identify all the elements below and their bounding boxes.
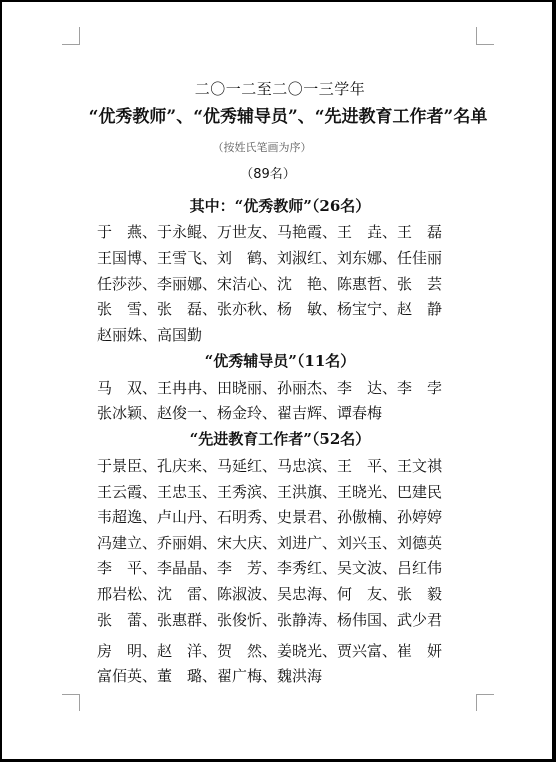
name-char: 崔 — [397, 644, 412, 659]
name-char: 艳 — [307, 277, 322, 292]
separator: 、 — [262, 561, 277, 576]
name-char: 莎 — [112, 277, 127, 292]
name-char: 冉 — [187, 381, 202, 396]
name-char: 邢 — [97, 587, 112, 602]
name-char: 敏 — [307, 302, 322, 317]
name-char: 杨 — [277, 302, 292, 317]
name-char: 婷 — [412, 510, 427, 525]
name-char: 陈 — [217, 587, 232, 602]
name-char: 婷 — [427, 510, 442, 525]
name-char — [412, 225, 427, 240]
name-char: 洪 — [292, 669, 307, 684]
name-char: 晓 — [232, 381, 247, 396]
name-char: 淑 — [232, 587, 247, 602]
name-row: 邢岩松、沈 雷、陈淑波、吴忠海、何 友、张 毅 — [97, 587, 442, 602]
name-char: 一 — [187, 406, 202, 421]
name-char: 惠 — [172, 613, 187, 628]
name-char: 芸 — [427, 277, 442, 292]
name-char: 杨 — [217, 406, 232, 421]
name-row: 张冰颖、赵俊一、杨金玲、翟吉辉、谭春梅 — [97, 406, 442, 421]
name-char: 梅 — [367, 406, 382, 421]
name-char — [232, 251, 247, 266]
name-char: 娜 — [367, 251, 382, 266]
name-char — [112, 613, 127, 628]
name-char: 王 — [157, 485, 172, 500]
separator: 、 — [142, 669, 157, 684]
name-char: 妍 — [427, 644, 442, 659]
name-char — [112, 644, 127, 659]
name-char: 任 — [397, 251, 412, 266]
separator: 、 — [322, 510, 337, 525]
corner-mark-top-left-horizontal — [62, 44, 80, 45]
name-char — [412, 277, 427, 292]
name-char: 晓 — [352, 485, 367, 500]
name-char — [112, 561, 127, 576]
separator: 、 — [322, 302, 337, 317]
corner-mark-bottom-left-horizontal — [62, 694, 80, 695]
name-char: 忻 — [247, 613, 262, 628]
name-char: 静 — [292, 613, 307, 628]
name-char: 晶 — [187, 561, 202, 576]
name-char: 旗 — [307, 485, 322, 500]
name-char — [412, 587, 427, 602]
name-char: 丽 — [172, 277, 187, 292]
name-char: 秀 — [292, 561, 307, 576]
name-row: 李 平、李晶晶、李 芳、李秀红、吴文波、吕红伟 — [97, 561, 442, 576]
name-char: 燕 — [127, 225, 142, 240]
name-char: 颖 — [127, 406, 142, 421]
name-char: 沈 — [157, 587, 172, 602]
name-char: 何 — [337, 587, 352, 602]
name-char: 垚 — [367, 225, 382, 240]
name-char — [112, 302, 127, 317]
separator: 、 — [142, 381, 157, 396]
name-char: 丽 — [247, 381, 262, 396]
name-char: 高 — [157, 328, 172, 343]
separator: 、 — [202, 561, 217, 576]
name-char: 然 — [247, 644, 262, 659]
name-char: 王 — [277, 485, 292, 500]
name-row: 房 明、赵 洋、贺 然、姜晓光、贾兴富、崔 妍 — [97, 644, 442, 659]
name-char: 张 — [277, 613, 292, 628]
name-char: 万 — [217, 225, 232, 240]
name-char: 双 — [127, 381, 142, 396]
name-char: 张 — [217, 302, 232, 317]
name-char: 红 — [307, 251, 322, 266]
name-char: 丽 — [292, 381, 307, 396]
name-char: 勤 — [187, 328, 202, 343]
name-char: 建 — [112, 536, 127, 551]
separator: 、 — [382, 561, 397, 576]
name-char: 祺 — [427, 459, 442, 474]
name-char: 宁 — [367, 302, 382, 317]
name-char: 赵 — [97, 328, 112, 343]
name-char: 民 — [427, 485, 442, 500]
name-char: 陈 — [337, 277, 352, 292]
name-char — [352, 381, 367, 396]
separator: 、 — [202, 225, 217, 240]
name-char — [172, 302, 187, 317]
name-row: 韦超逸、卢山丹、石明秀、史景君、孙傲楠、孙婷婷 — [97, 510, 442, 525]
section-heading-advanced-education-workers: “先进教育工作者”（52名） — [2, 432, 556, 447]
name-row: 赵丽姝、高国勤 — [97, 328, 442, 343]
name-char: 磊 — [427, 225, 442, 240]
name-char: 忠 — [172, 485, 187, 500]
name-char: 乔 — [157, 536, 172, 551]
name-char: 松 — [127, 587, 142, 602]
name-char: 宝 — [352, 302, 367, 317]
name-char: 玉 — [187, 485, 202, 500]
name-char: 友 — [367, 587, 382, 602]
name-char: 佰 — [112, 669, 127, 684]
name-char: 张 — [97, 302, 112, 317]
name-char: 赵 — [157, 644, 172, 659]
name-row: 张 蕾、张惠群、张俊忻、张静涛、杨伟国、武少君 — [97, 613, 442, 628]
name-char: 刘 — [337, 536, 352, 551]
name-char: 张 — [217, 613, 232, 628]
name-char: 李 — [97, 561, 112, 576]
name-char: 玉 — [367, 536, 382, 551]
name-char: 雪 — [127, 302, 142, 317]
separator: 、 — [202, 485, 217, 500]
name-char: 董 — [157, 669, 172, 684]
name-char: 张 — [157, 613, 172, 628]
name-char: 赵 — [157, 406, 172, 421]
separator: 、 — [382, 277, 397, 292]
name-char: 俊 — [232, 613, 247, 628]
separator: 、 — [322, 381, 337, 396]
separator: 、 — [382, 251, 397, 266]
name-char: 杨 — [337, 613, 352, 628]
name-char: 刘 — [337, 251, 352, 266]
name-char: 达 — [367, 381, 382, 396]
name-char: 超 — [112, 510, 127, 525]
name-char: 秀 — [232, 485, 247, 500]
name-char: 惠 — [352, 277, 367, 292]
name-char: 娟 — [187, 536, 202, 551]
name-char: 佳 — [412, 251, 427, 266]
name-char: 卢 — [157, 510, 172, 525]
separator: 、 — [262, 510, 277, 525]
name-char: 孔 — [157, 459, 172, 474]
name-char: 红 — [247, 459, 262, 474]
name-char: 宋 — [217, 277, 232, 292]
name-char: 世 — [232, 225, 247, 240]
name-char: 王 — [337, 459, 352, 474]
separator: 、 — [142, 406, 157, 421]
name-char: 张 — [157, 302, 172, 317]
separator: 、 — [202, 251, 217, 266]
separator: 、 — [202, 459, 217, 474]
name-char: 沈 — [277, 277, 292, 292]
separator: 、 — [262, 406, 277, 421]
name-row: 王云霞、王忠玉、王秀滨、王洪旗、王晓光、巴建民 — [97, 485, 442, 500]
name-char: 富 — [97, 669, 112, 684]
name-char: 李 — [157, 561, 172, 576]
name-char: 建 — [412, 485, 427, 500]
name-char — [412, 381, 427, 396]
separator: 、 — [382, 510, 397, 525]
name-char: 冰 — [112, 406, 127, 421]
separator: 、 — [322, 536, 337, 551]
name-char: 文 — [352, 561, 367, 576]
separator: 、 — [322, 225, 337, 240]
document-page: 二〇一二至二〇一三学年 “优秀教师”、“优秀辅导员”、“先进教育工作者”名单 （… — [0, 0, 556, 762]
name-char: 国 — [367, 613, 382, 628]
name-char: 平 — [127, 561, 142, 576]
separator: 、 — [322, 613, 337, 628]
name-char: 吴 — [277, 587, 292, 602]
name-char: 伟 — [427, 561, 442, 576]
separator: 、 — [202, 406, 217, 421]
separator: 、 — [322, 406, 337, 421]
corner-mark-bottom-right-horizontal — [476, 694, 494, 695]
name-char: 磊 — [187, 302, 202, 317]
name-char: 山 — [172, 510, 187, 525]
name-char: 明 — [232, 510, 247, 525]
name-char: 鹤 — [247, 251, 262, 266]
name-char: 丽 — [427, 251, 442, 266]
name-char — [112, 381, 127, 396]
name-char: 英 — [427, 536, 442, 551]
name-char: 富 — [367, 644, 382, 659]
separator: 、 — [142, 459, 157, 474]
name-char: 光 — [307, 644, 322, 659]
name-char: 丽 — [172, 536, 187, 551]
separator: 、 — [382, 225, 397, 240]
name-char: 杰 — [307, 381, 322, 396]
separator: 、 — [382, 381, 397, 396]
name-char: 少 — [412, 613, 427, 628]
name-char: 明 — [127, 644, 142, 659]
name-char: 于 — [97, 459, 112, 474]
name-char — [112, 225, 127, 240]
sort-order-note: （按姓氏笔画为序） — [0, 142, 540, 153]
name-char: 于 — [97, 225, 112, 240]
name-char: 博 — [127, 251, 142, 266]
name-char: 翟 — [217, 669, 232, 684]
name-char: 谭 — [337, 406, 352, 421]
name-char: 刘 — [277, 536, 292, 551]
name-char — [172, 587, 187, 602]
name-char: 魏 — [277, 669, 292, 684]
name-char: 璐 — [187, 669, 202, 684]
name-char: 贾 — [337, 644, 352, 659]
name-char: 国 — [172, 328, 187, 343]
separator: 、 — [382, 536, 397, 551]
name-char: 景 — [292, 510, 307, 525]
name-row: 于景臣、孔庆来、马延红、马忠滨、王 平、王文祺 — [97, 459, 442, 474]
separator: 、 — [322, 485, 337, 500]
name-char: 光 — [367, 485, 382, 500]
name-char — [232, 644, 247, 659]
name-char: 姜 — [277, 644, 292, 659]
name-char: 来 — [187, 459, 202, 474]
name-char: 武 — [397, 613, 412, 628]
separator: 、 — [142, 644, 157, 659]
name-char: 孙 — [397, 510, 412, 525]
total-count: （89名） — [0, 168, 546, 181]
name-char: 心 — [247, 277, 262, 292]
name-char: 王 — [337, 225, 352, 240]
name-char: 王 — [157, 251, 172, 266]
name-char: 孛 — [427, 381, 442, 396]
name-char: 春 — [352, 406, 367, 421]
name-char: 莎 — [127, 277, 142, 292]
name-char: 孙 — [277, 381, 292, 396]
name-char: 翟 — [277, 406, 292, 421]
name-row: 任莎莎、李丽娜、宋洁心、沈 艳、陈惠哲、张 芸 — [97, 277, 442, 292]
separator: 、 — [262, 485, 277, 500]
separator: 、 — [262, 587, 277, 602]
separator: 、 — [142, 561, 157, 576]
separator: 、 — [262, 644, 277, 659]
name-char: 淑 — [292, 251, 307, 266]
corner-mark-bottom-right-vertical — [476, 694, 477, 711]
separator: 、 — [382, 587, 397, 602]
name-char: 石 — [217, 510, 232, 525]
name-char: 秀 — [247, 510, 262, 525]
name-char: 玲 — [247, 406, 262, 421]
name-char: 孙 — [337, 510, 352, 525]
separator: 、 — [322, 561, 337, 576]
section-heading-excellent-counselors: “优秀辅导员”（11名） — [2, 354, 556, 369]
name-char: 国 — [112, 251, 127, 266]
name-char: 飞 — [187, 251, 202, 266]
name-char: 王 — [397, 225, 412, 240]
separator: 、 — [322, 251, 337, 266]
name-char: 洪 — [292, 485, 307, 500]
name-row: 马 双、王冉冉、田晓丽、孙丽杰、李 达、李 孛 — [97, 381, 442, 396]
name-char: 李 — [157, 277, 172, 292]
name-char: 平 — [367, 459, 382, 474]
name-char: 波 — [367, 561, 382, 576]
name-char: 王 — [337, 485, 352, 500]
separator: 、 — [142, 485, 157, 500]
name-char: 韦 — [97, 510, 112, 525]
name-char: 刘 — [397, 536, 412, 551]
separator: 、 — [262, 302, 277, 317]
name-char: 巴 — [397, 485, 412, 500]
name-char: 文 — [412, 459, 427, 474]
name-char: 霞 — [307, 225, 322, 240]
name-char: 王 — [157, 381, 172, 396]
name-char: 东 — [352, 251, 367, 266]
name-char: 洁 — [232, 277, 247, 292]
name-char: 海 — [307, 587, 322, 602]
name-char: 兴 — [352, 536, 367, 551]
name-char — [292, 277, 307, 292]
name-char: 兴 — [352, 644, 367, 659]
separator: 、 — [142, 536, 157, 551]
name-char: 大 — [232, 536, 247, 551]
separator: 、 — [202, 510, 217, 525]
name-char — [172, 644, 187, 659]
separator: 、 — [142, 613, 157, 628]
name-row: 于 燕、于永鲲、万世友、马艳霞、王 垚、王 磊 — [97, 225, 442, 240]
name-char: 毅 — [427, 587, 442, 602]
name-char: 逸 — [127, 510, 142, 525]
name-char: 霞 — [127, 485, 142, 500]
separator: 、 — [262, 669, 277, 684]
name-char — [412, 644, 427, 659]
name-row: 王国博、王雪飞、刘 鹤、刘淑红、刘东娜、任佳丽 — [97, 251, 442, 266]
name-char: 楠 — [367, 510, 382, 525]
name-char: 任 — [97, 277, 112, 292]
name-char: 滨 — [247, 485, 262, 500]
name-char: 姝 — [127, 328, 142, 343]
name-char: 吉 — [292, 406, 307, 421]
separator: 、 — [382, 459, 397, 474]
name-char: 雷 — [187, 587, 202, 602]
name-char: 杨 — [337, 302, 352, 317]
separator: 、 — [202, 644, 217, 659]
title-school-year: 二〇一二至二〇一三学年 — [2, 82, 556, 97]
name-char: 马 — [277, 225, 292, 240]
separator: 、 — [142, 510, 157, 525]
name-char: 洋 — [187, 644, 202, 659]
name-char: 亦 — [232, 302, 247, 317]
name-char: 金 — [232, 406, 247, 421]
name-row: 富佰英、董 璐、翟广梅、魏洪海 — [97, 669, 442, 684]
name-char — [232, 561, 247, 576]
name-char: 永 — [172, 225, 187, 240]
name-char: 鲲 — [187, 225, 202, 240]
name-char: 涛 — [307, 613, 322, 628]
name-char: 王 — [97, 485, 112, 500]
name-char: 忠 — [292, 587, 307, 602]
name-char: 史 — [277, 510, 292, 525]
name-char: 冯 — [97, 536, 112, 551]
name-char: 君 — [427, 613, 442, 628]
separator: 、 — [142, 302, 157, 317]
name-char: 云 — [112, 485, 127, 500]
name-char: 德 — [412, 536, 427, 551]
separator: 、 — [262, 277, 277, 292]
separator: 、 — [382, 485, 397, 500]
separator: 、 — [202, 302, 217, 317]
name-char: 海 — [307, 669, 322, 684]
name-char: 友 — [247, 225, 262, 240]
name-char: 刘 — [277, 251, 292, 266]
separator: 、 — [202, 381, 217, 396]
name-char: 庆 — [172, 459, 187, 474]
name-char: 景 — [112, 459, 127, 474]
name-char: 王 — [397, 459, 412, 474]
separator: 、 — [322, 277, 337, 292]
separator: 、 — [262, 381, 277, 396]
name-char: 丹 — [187, 510, 202, 525]
separator: 、 — [382, 613, 397, 628]
name-char: 伟 — [352, 613, 367, 628]
name-char: 广 — [307, 536, 322, 551]
title-list-name: “优秀教师”、“优秀辅导员”、“先进教育工作者”名单 — [10, 109, 556, 126]
name-char: 忠 — [292, 459, 307, 474]
name-char: 梅 — [247, 669, 262, 684]
name-char: 马 — [217, 459, 232, 474]
separator: 、 — [262, 459, 277, 474]
separator: 、 — [202, 277, 217, 292]
separator: 、 — [262, 536, 277, 551]
name-char: 艳 — [292, 225, 307, 240]
name-char — [352, 459, 367, 474]
corner-mark-top-right-horizontal — [476, 44, 494, 45]
name-char: 俊 — [172, 406, 187, 421]
separator: 、 — [322, 587, 337, 602]
separator: 、 — [142, 225, 157, 240]
corner-mark-bottom-left-vertical — [79, 694, 80, 711]
name-char: 刘 — [217, 251, 232, 266]
